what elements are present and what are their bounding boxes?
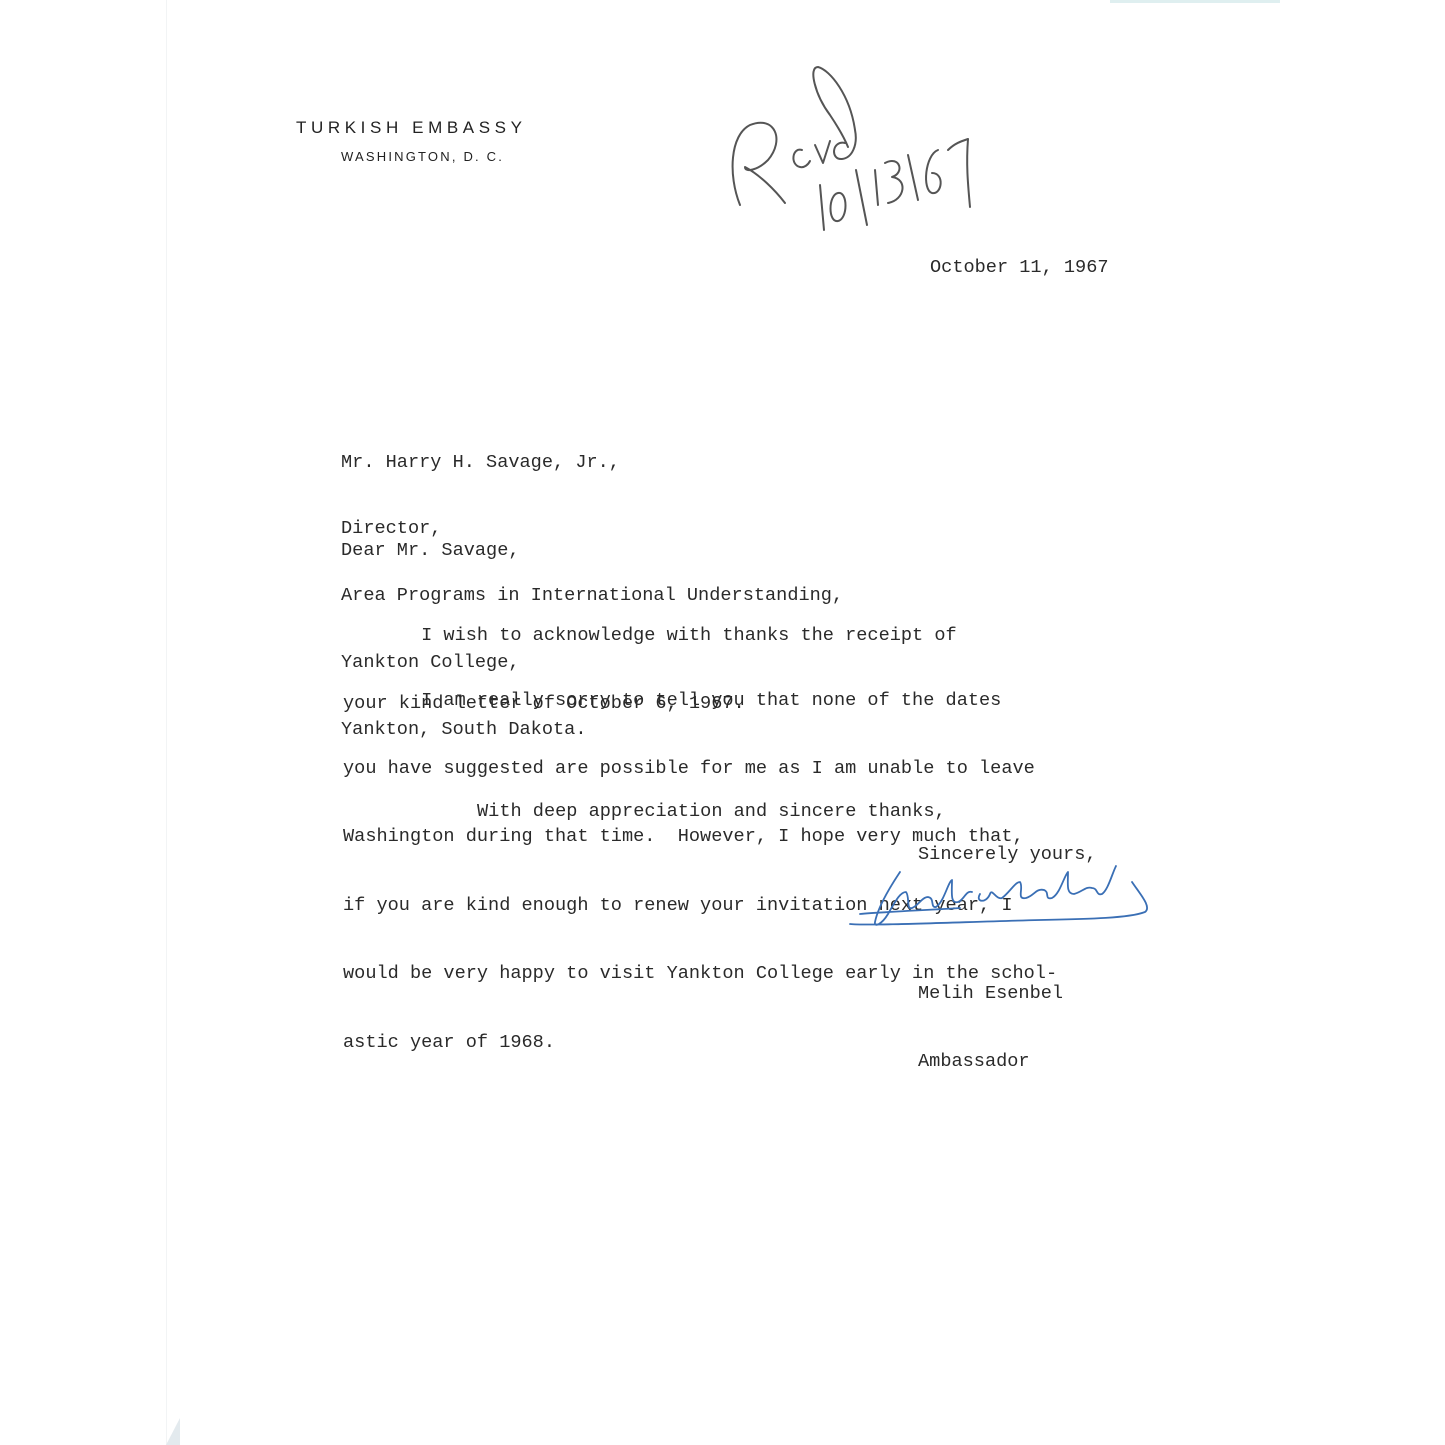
letter-date: October 11, 1967 — [930, 257, 1109, 278]
address-line: Mr. Harry H. Savage, Jr., — [341, 452, 843, 474]
received-annotation — [720, 55, 990, 245]
scan-artifact — [1110, 0, 1280, 3]
address-line: Director, — [341, 518, 843, 540]
signer-name: Melih Esenbel — [918, 983, 1063, 1006]
signer-title: Ambassador — [918, 1051, 1063, 1074]
letterhead-title: TURKISH EMBASSY — [296, 118, 527, 138]
closing-line: With deep appreciation and sincere thank… — [477, 801, 946, 822]
paragraph-line: you have suggested are possible for me a… — [343, 758, 1057, 781]
scan-artifact-corner — [166, 1418, 180, 1445]
signature — [840, 852, 1160, 937]
salutation: Dear Mr. Savage, — [341, 540, 520, 561]
letterhead-location: WASHINGTON, D. C. — [341, 149, 504, 164]
letter-page: TURKISH EMBASSY WASHINGTON, D. C. — [0, 0, 1445, 1445]
paragraph-line: I am really sorry to tell you that none … — [343, 690, 1057, 713]
signer-block: Melih Esenbel Ambassador — [918, 938, 1063, 1118]
scan-edge — [166, 0, 167, 1445]
